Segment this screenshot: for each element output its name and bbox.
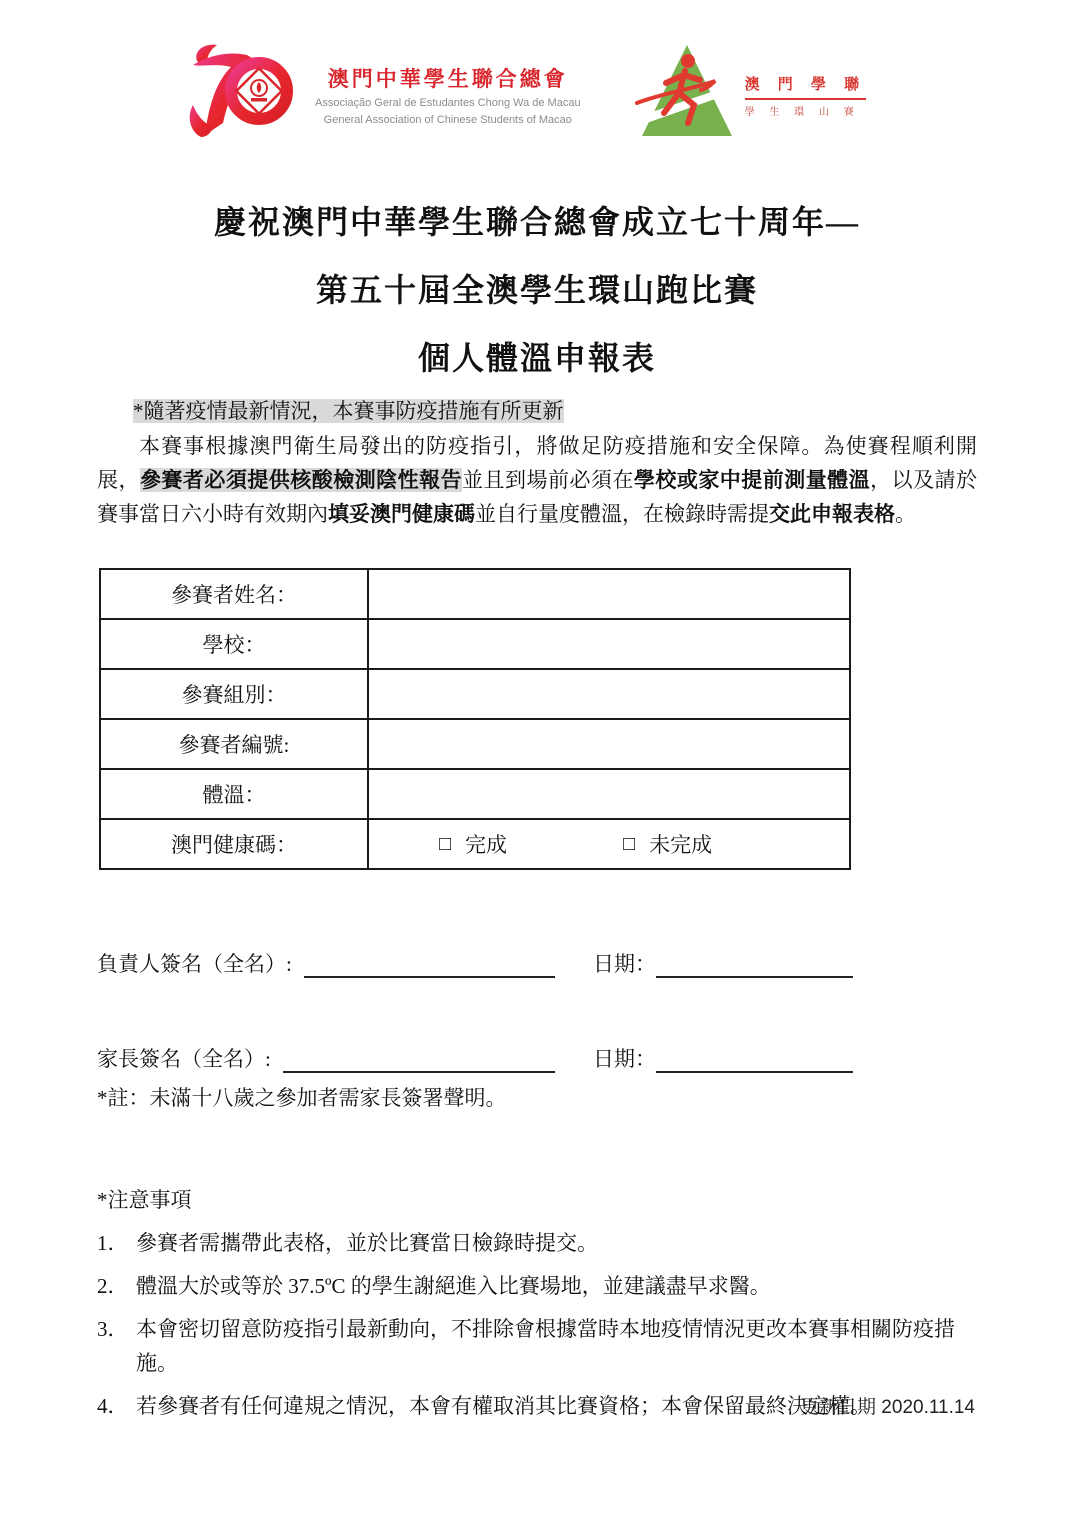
health-code-options: □ 完成 □ 未完成 [439, 829, 849, 859]
title-line-1: 慶祝澳門中華學生聯合總會成立七十周年— [0, 202, 1074, 242]
field-value-group[interactable] [368, 669, 850, 719]
responsible-signature-label: 負責人簽名（全名）: [97, 948, 292, 978]
field-label-number: 參賽者編號: [100, 719, 368, 769]
title-line-3: 個人體溫申報表 [0, 338, 1074, 378]
intro-seg-1: 參賽者必須提供核酸檢測陰性報告 [140, 468, 462, 492]
notice-num-1: 1． [97, 1226, 136, 1260]
title-block: 慶祝澳門中華學生聯合總會成立七十周年— 第五十屆全澳學生環山跑比賽 個人體溫申報… [0, 202, 1074, 378]
table-row-temperature: 體溫： [100, 769, 850, 819]
table-row-group: 參賽組別： [100, 669, 850, 719]
intro-paragraph: 本賽事根據澳門衛生局發出的防疫指引，將做足防疫措施和安全保障。為使賽程順利開展，… [97, 429, 977, 531]
parent-signature-row: 家長簽名（全名）: 日期： [97, 1043, 1074, 1073]
header: 澳門中華學生聯合總會 Associação Geral de Estudante… [0, 0, 1074, 150]
field-label-name: 參賽者姓名： [100, 569, 368, 619]
health-code-option-not-done[interactable]: □ 未完成 [623, 829, 712, 859]
parent-signature-note: *註：未滿十八歲之參加者需家長簽署聲明。 [97, 1082, 1074, 1112]
intro-seg-3: 學校或家中提前測量體溫 [634, 468, 870, 492]
notice-text-2: 體溫大於或等於 37.5ºC 的學生謝絕進入比賽場地，並建議盡早求醫。 [136, 1269, 981, 1303]
checkbox-not-done-icon[interactable]: □ [623, 833, 635, 856]
notice-item-2: 2． 體溫大於或等於 37.5ºC 的學生謝絕進入比賽場地，並建議盡早求醫。 [97, 1269, 997, 1303]
intro-seg-2: 並且到場前必須在 [462, 468, 634, 492]
checkbox-not-done-label: 未完成 [649, 829, 712, 859]
intro-seg-7: 交此申報表格 [769, 502, 895, 526]
notice-num-4: 4． [97, 1389, 136, 1423]
field-value-health-code: □ 完成 □ 未完成 [368, 819, 850, 869]
run-logo-line1: 澳 門 學 聯 [745, 73, 867, 100]
table-row-name: 參賽者姓名： [100, 569, 850, 619]
responsible-date-line[interactable] [656, 952, 853, 978]
anniversary-70-icon [183, 39, 305, 152]
association-name-block: 澳門中華學生聯合總會 Associação Geral de Estudante… [315, 63, 581, 127]
table-row-health-code: 澳門健康碼： □ 完成 □ 未完成 [100, 819, 850, 869]
parent-signature-left: 家長簽名（全名）: [97, 1043, 555, 1073]
update-notice-text: *隨著疫情最新情況，本賽事防疫措施有所更新 [133, 399, 564, 423]
document-page: 澳門中華學生聯合總會 Associação Geral de Estudante… [0, 0, 1074, 1518]
parent-signature-label: 家長簽名（全名）: [97, 1043, 271, 1073]
parent-signature-line[interactable] [283, 1047, 555, 1073]
notice-text-1: 參賽者需攜帶此表格，並於比賽當日檢錄時提交。 [136, 1226, 981, 1260]
responsible-signature-line[interactable] [304, 952, 555, 978]
org-name-pt: Associação Geral de Estudantes Chong Wa … [315, 96, 581, 110]
responsible-date-label: 日期： [593, 948, 656, 978]
notices-section: *注意事項 1． 參賽者需攜帶此表格，並於比賽當日檢錄時提交。 2． 體溫大於或… [97, 1184, 997, 1423]
field-value-temperature[interactable] [368, 769, 850, 819]
title-line-2: 第五十屆全澳學生環山跑比賽 [0, 270, 1074, 310]
responsible-signature-left: 負責人簽名（全名）: [97, 948, 555, 978]
notices-heading: *注意事項 [97, 1184, 997, 1214]
intro-seg-5: 填妥澳門健康碼 [328, 502, 475, 526]
intro-seg-8: 。 [895, 502, 916, 526]
field-value-number[interactable] [368, 719, 850, 769]
field-label-school: 學校： [100, 619, 368, 669]
table-row-number: 參賽者編號: [100, 719, 850, 769]
field-label-group: 參賽組別： [100, 669, 368, 719]
notice-num-2: 2． [97, 1269, 136, 1303]
field-value-name[interactable] [368, 569, 850, 619]
notice-text-3: 本會密切留意防疫指引最新動向，不排除會根據當時本地疫情情況更改本賽事相關防疫措施… [136, 1312, 981, 1380]
association-logo: 澳門中華學生聯合總會 Associação Geral de Estudante… [183, 39, 581, 152]
checkbox-done-icon[interactable]: □ [439, 833, 451, 856]
notice-item-3: 3． 本會密切留意防疫指引最新動向，不排除會根據當時本地疫情情況更改本賽事相關防… [97, 1312, 997, 1380]
field-label-health-code: 澳門健康碼： [100, 819, 368, 869]
responsible-signature-row: 負責人簽名（全名）: 日期： [97, 948, 1074, 978]
field-value-school[interactable] [368, 619, 850, 669]
org-name-zh: 澳門中華學生聯合總會 [315, 63, 581, 93]
signature-section: 負責人簽名（全名）: 日期： 家長簽名（全名）: 日期： *註：未滿十八歲之參加… [97, 948, 1074, 1112]
checkbox-done-label: 完成 [465, 829, 507, 859]
health-code-option-done[interactable]: □ 完成 [439, 829, 507, 859]
org-name-en: General Association of Chinese Students … [315, 113, 581, 127]
responsible-date-group: 日期： [593, 948, 853, 978]
mountain-run-logo: 澳 門 學 聯 學 生 環 山 賽 [635, 39, 867, 152]
intro-seg-6: 並自行量度體溫，在檢錄時需提 [475, 502, 769, 526]
run-logo-line2: 學 生 環 山 賽 [745, 103, 867, 118]
update-notice-line: *隨著疫情最新情況，本賽事防疫措施有所更新 [97, 394, 977, 428]
notice-num-3: 3． [97, 1312, 136, 1380]
runner-mountain-icon [635, 39, 739, 152]
parent-date-label: 日期： [593, 1043, 656, 1073]
declaration-form-table: 參賽者姓名： 學校： 參賽組別： 參賽者編號: 體溫： 澳門健康碼： [99, 568, 851, 870]
notice-item-1: 1． 參賽者需攜帶此表格，並於比賽當日檢錄時提交。 [97, 1226, 997, 1260]
parent-date-group: 日期： [593, 1043, 853, 1073]
update-date: 更新日期 2020.11.14 [800, 1392, 975, 1419]
field-label-temperature: 體溫： [100, 769, 368, 819]
parent-date-line[interactable] [656, 1047, 853, 1073]
intro-section: *隨著疫情最新情況，本賽事防疫措施有所更新 本賽事根據澳門衛生局發出的防疫指引，… [97, 394, 977, 531]
run-logo-text-block: 澳 門 學 聯 學 生 環 山 賽 [745, 73, 867, 118]
table-row-school: 學校： [100, 619, 850, 669]
